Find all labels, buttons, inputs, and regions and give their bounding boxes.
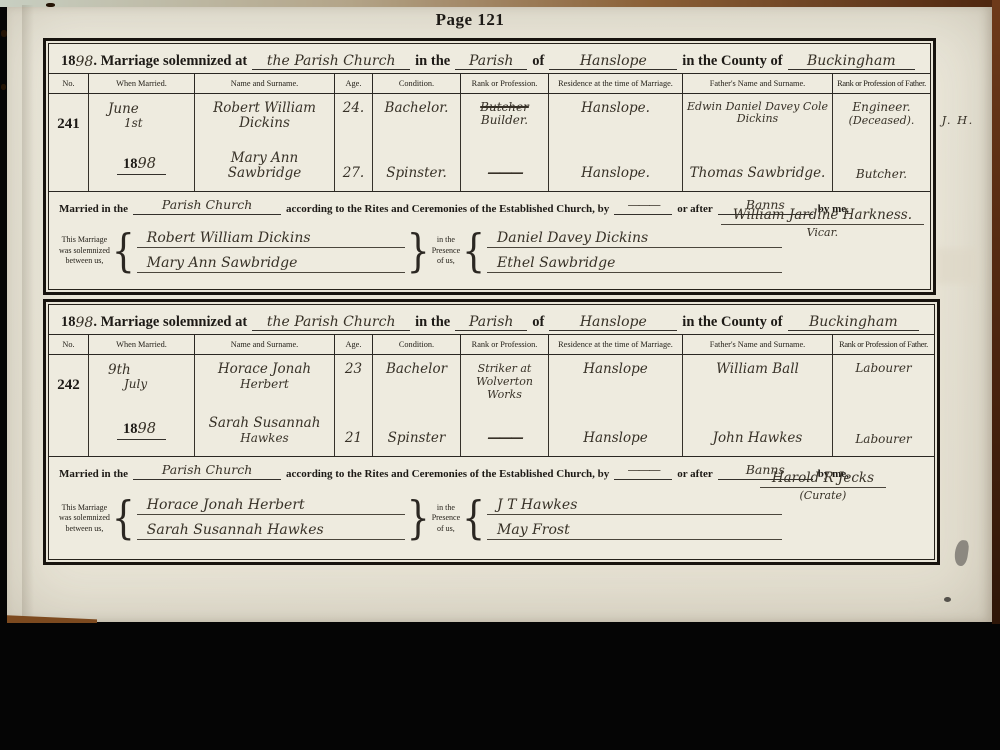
year-printed: 18 [123,421,138,437]
solemnized-label: . Marriage solemnized at [93,314,247,331]
record-data-row: 241 June 1st 1898 Robert William Dickins… [49,94,930,192]
officiant-signature: Harold R Jecks [760,470,886,488]
rites-church: Parish Church [162,197,252,212]
father-professions-cell: Labourer Labourer [833,355,934,456]
col-when-married: When Married. [89,74,195,93]
record-frame: 1898. Marriage solemnized at the Parish … [48,43,931,290]
bride-signature: Mary Ann Sawbridge [137,255,405,273]
conditions-cell: Bachelor Spinster [373,355,461,456]
groom-father-profession: Labourer [836,362,931,375]
col-residence: Residence at the time of Marriage. [549,74,683,93]
county-entry: Buckingham [807,53,896,69]
according-label: according to the Rites and Ceremonies of… [286,203,609,215]
groom-age: 23 [338,362,369,377]
register-scan-photo: Page 121 W. J. H. 1898. Marriage solemni… [0,0,1000,750]
ages-cell: 24. 27. [335,94,373,191]
page-number-heading: Page 121 [0,10,940,30]
bride-condition: Spinster. [376,166,457,181]
or-after-label: or after [677,203,713,215]
groom-condition: Bachelor [376,362,457,377]
year-written: 98 [138,156,156,172]
col-father-name: Father's Name and Surname. [683,74,833,93]
col-when-married: When Married. [89,335,195,354]
or-after-label: or after [677,468,713,480]
when-month: July [124,377,191,391]
groom-father: Edwin Daniel Davey Cole Dickins [686,101,829,125]
year-written: 98 [138,421,156,437]
bride-father-profession: Butcher. [836,168,927,181]
bride-name: Sarah Susannah [209,415,321,431]
groom-father: William Ball [686,362,829,377]
col-age: Age. [335,74,373,93]
officiant-title: Vicar. [721,226,924,239]
col-age: Age. [335,335,373,354]
solemnized-label: . Marriage solemnized at [93,53,247,70]
year-written: 98 [76,54,94,70]
column-header-row: No. When Married. Name and Surname. Age.… [49,334,934,355]
marriage-record-block-242: 1898. Marriage solemnized at the Parish … [43,299,940,565]
bride-age: 21 [338,431,369,446]
close-brace: } [407,225,430,276]
groom-father-profession: Engineer. [852,100,910,114]
signature-section: This Marriage was solemnized between us,… [49,219,930,289]
when-month: June [108,101,139,117]
binding-stitch [1,30,7,37]
record-frame: 1898. Marriage solemnized at the Parish … [48,304,935,560]
year-printed: 18 [61,314,76,331]
col-name-surname: Name and Surname. [195,335,335,354]
professions-cell: Butcher Builder. ——— [461,94,549,191]
fathers-cell: William Ball John Hawkes [683,355,833,456]
ages-cell: 23 21 [335,355,373,456]
when-married-cell: June 1st 1898 [89,94,195,191]
col-condition: Condition. [373,335,461,354]
col-name-surname: Name and Surname. [195,74,335,93]
presence-label: in the Presence of us, [432,235,460,266]
groom-profession-2: Wolverton Works [476,375,533,401]
groom-profession: Striker at [478,362,532,375]
groom-residence: Hanslope. [552,101,679,116]
bride-father: John Hawkes [686,431,829,446]
groom-father-profession-note: (Deceased). [849,114,915,127]
when-married-cell: 9th July 1898 [89,355,195,456]
marriage-record-block-241: 1898. Marriage solemnized at the Parish … [43,38,936,295]
names-cell: Horace Jonah Herbert Sarah Susannah Hawk… [195,355,335,456]
signature-section: This Marriage was solemnized between us,… [49,484,934,559]
residences-cell: Hanslope. Hanslope. [549,94,683,191]
bride-residence: Hanslope [552,431,679,446]
record-number: 241 [49,94,89,191]
county-label: in the County of [682,53,782,70]
record-number: 242 [49,355,89,456]
groom-signature: Robert William Dickins [137,230,405,248]
record-heading: 1898. Marriage solemnized at the Parish … [49,305,934,334]
parish-entry: Hanslope [580,53,647,69]
officiant-signature: William Jardine Harkness. [721,207,924,225]
col-rank-profession: Rank or Profession. [461,335,549,354]
according-label: according to the Rites and Ceremonies of… [286,468,609,480]
officiant-signature-block: William Jardine Harkness. Vicar. [721,207,924,239]
bride-profession-dash: ——— [464,431,545,446]
father-professions-cell: Engineer. (Deceased). Butcher. [833,94,930,191]
married-in-label: Married in the [59,468,128,480]
bride-signature: Sarah Susannah Hawkes [137,522,405,540]
bride-age: 27. [338,166,369,181]
bride-residence: Hanslope. [552,166,679,181]
groom-profession-struck: Butcher [480,100,529,114]
open-brace: { [112,493,135,544]
witness-signature-2: May Frost [487,522,782,540]
bride-name-2: Hawkes [240,431,288,445]
col-rank-profession: Rank or Profession. [461,74,549,93]
conditions-cell: Bachelor. Spinster. [373,94,461,191]
binding-stitch [1,84,6,90]
ink-speck [944,597,951,602]
rites-by-dash: ——— [627,462,659,477]
year-printed: 18 [123,156,138,172]
of-label: of [532,53,544,70]
record-heading: 1898. Marriage solemnized at the Parish … [49,44,930,73]
witness-signature-1: J T Hawkes [487,497,782,515]
bride-profession-dash: ——— [464,166,545,181]
groom-name: Robert William Dickins [213,100,316,131]
open-brace: { [112,225,135,276]
open-brace: { [462,493,485,544]
bride-condition: Spinster [376,431,457,446]
year-written: 98 [76,315,94,331]
groom-age: 24. [338,101,369,116]
col-father-name: Father's Name and Surname. [683,335,833,354]
officiant-title: (Curate) [760,489,886,502]
when-day: 9th [108,362,131,378]
solemnized-between-label: This Marriage was solemnized between us, [59,235,110,266]
rites-church: Parish Church [162,462,252,477]
witness-signature-2: Ethel Sawbridge [487,255,782,273]
in-the-label: in the [415,53,450,70]
col-condition: Condition. [373,74,461,93]
professions-cell: Striker at Wolverton Works ——— [461,355,549,456]
county-entry: Buckingham [809,314,898,330]
parish-word-entry: Parish [469,314,514,330]
married-in-label: Married in the [59,203,128,215]
groom-condition: Bachelor. [376,101,457,116]
presence-label: in the Presence of us, [432,503,460,534]
bride-father: Thomas Sawbridge. [686,166,829,181]
groom-residence: Hanslope [552,362,679,377]
groom-profession: Builder. [481,113,528,127]
church-entry: the Parish Church [267,53,396,69]
parish-entry: Hanslope [580,314,647,330]
year-printed: 18 [61,53,76,70]
record-data-row: 242 9th July 1898 Horace Jonah Herbert S… [49,355,934,457]
bride-father-profession: Labourer [836,433,931,446]
fathers-cell: Edwin Daniel Davey Cole Dickins Thomas S… [683,94,833,191]
column-header-row: No. When Married. Name and Surname. Age.… [49,73,930,94]
county-label: in the County of [682,314,782,331]
binding-stitch [46,3,55,7]
when-day: 1st [124,116,191,130]
solemnized-between-label: This Marriage was solemnized between us, [59,503,110,534]
residences-cell: Hanslope Hanslope [549,355,683,456]
book-cover-right-edge [992,0,1000,624]
groom-name: Horace Jonah [218,361,311,377]
names-cell: Robert William Dickins Mary Ann Sawbridg… [195,94,335,191]
col-residence: Residence at the time of Marriage. [549,335,683,354]
open-brace: { [462,225,485,276]
binding-crease [22,5,34,622]
officiant-signature-block: Harold R Jecks (Curate) [760,470,886,502]
parish-word-entry: Parish [469,53,514,69]
church-entry: the Parish Church [267,314,396,330]
col-father-profession: Rank or Profession of Father. [833,335,934,354]
close-brace: } [407,493,430,544]
of-label: of [532,314,544,331]
col-no: No. [49,74,89,93]
in-the-label: in the [415,314,450,331]
col-no: No. [49,335,89,354]
groom-signature: Horace Jonah Herbert [137,497,405,515]
bride-name: Mary Ann Sawbridge [228,150,302,181]
col-father-profession: Rank or Profession of Father. [833,74,930,93]
groom-name-2: Herbert [240,377,289,391]
book-cover-top-edge [0,0,1000,7]
rites-by-dash: ——— [627,197,659,212]
ink-bleedthrough [936,248,978,284]
